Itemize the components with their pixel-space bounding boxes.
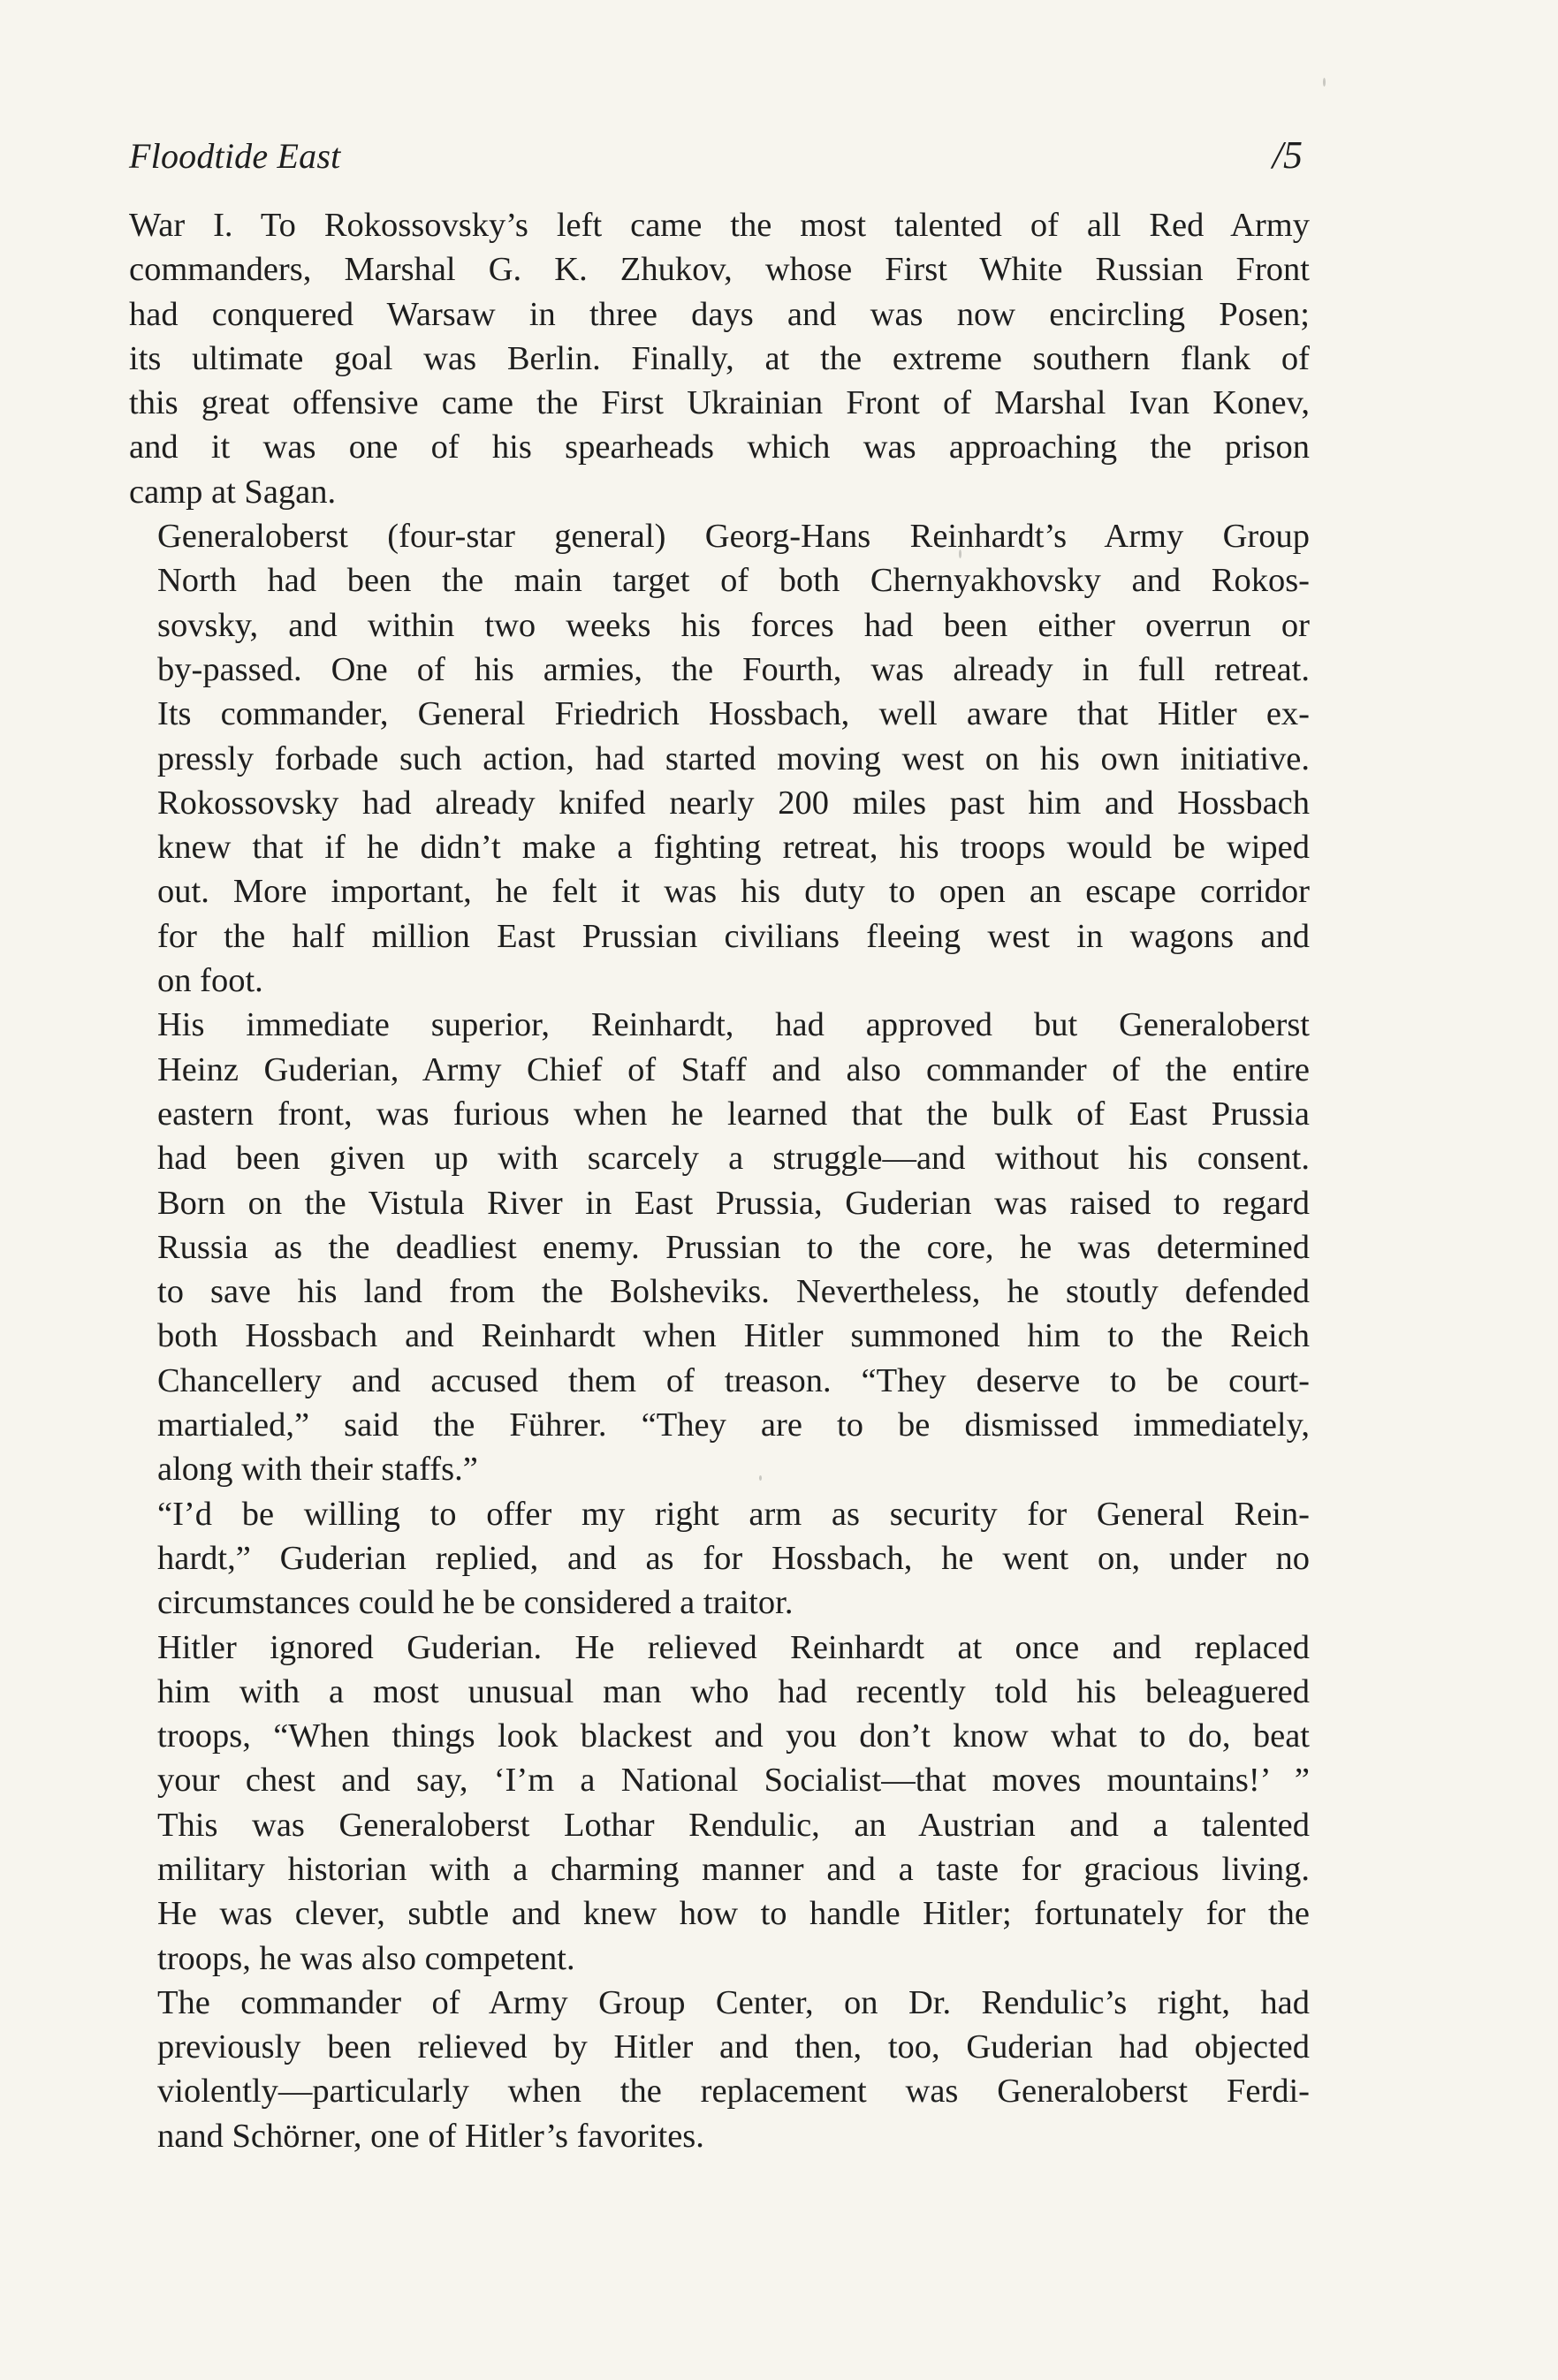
text-line: “I’d be willing to offer my right arm as…: [129, 1492, 1310, 1536]
text-line: This was Generaloberst Lothar Rendulic, …: [129, 1803, 1310, 1847]
scan-speck: [1323, 78, 1326, 87]
text-line: nand Schörner, one of Hitler’s favorites…: [129, 2114, 1310, 2158]
text-line: troops, he was also competent.: [129, 1937, 1310, 1981]
text-line: hardt,” Guderian replied, and as for Hos…: [129, 1536, 1310, 1580]
body-text: War I. To Rokossovsky’s left came the mo…: [129, 203, 1310, 2158]
text-line: him with a most unusual man who had rece…: [129, 1670, 1310, 1714]
text-line: He was clever, subtle and knew how to ha…: [129, 1891, 1310, 1936]
text-line: Its commander, General Friedrich Hossbac…: [129, 692, 1310, 736]
scan-speck: [759, 1475, 762, 1481]
text-line: along with their staffs.”: [129, 1447, 1310, 1491]
text-line: War I. To Rokossovsky’s left came the mo…: [129, 203, 1310, 247]
running-head: Floodtide East /5: [129, 133, 1310, 186]
page-number: /5: [1273, 133, 1303, 178]
book-page: Floodtide East /5 War I. To Rokossovsky’…: [129, 133, 1310, 2158]
paragraph: The commander of Army Group Center, on D…: [129, 1981, 1310, 2158]
scan-speck: [959, 550, 961, 558]
text-line: for the half million East Prussian civil…: [129, 914, 1310, 959]
text-line: Generaloberst (four-star general) Georg-…: [129, 514, 1310, 558]
paragraph: War I. To Rokossovsky’s left came the mo…: [129, 203, 1310, 514]
text-line: Heinz Guderian, Army Chief of Staff and …: [129, 1048, 1310, 1092]
text-line: had been given up with scarcely a strugg…: [129, 1136, 1310, 1180]
paragraph: Generaloberst (four-star general) Georg-…: [129, 514, 1310, 1003]
text-line: knew that if he didn’t make a fighting r…: [129, 825, 1310, 869]
text-line: commanders, Marshal G. K. Zhukov, whose …: [129, 247, 1310, 292]
text-line: pressly forbade such action, had started…: [129, 737, 1310, 781]
text-line: circumstances could he be considered a t…: [129, 1580, 1310, 1625]
text-line: North had been the main target of both C…: [129, 558, 1310, 603]
text-line: military historian with a charming manne…: [129, 1847, 1310, 1891]
text-line: to save his land from the Bolsheviks. Ne…: [129, 1270, 1310, 1314]
text-line: by-passed. One of his armies, the Fourth…: [129, 648, 1310, 692]
text-line: martialed,” said the Führer. “They are t…: [129, 1403, 1310, 1447]
text-line: Born on the Vistula River in East Prussi…: [129, 1181, 1310, 1225]
text-line: Rokossovsky had already knifed nearly 20…: [129, 781, 1310, 825]
text-line: His immediate superior, Reinhardt, had a…: [129, 1003, 1310, 1047]
paragraph: Hitler ignored Guderian. He relieved Rei…: [129, 1626, 1310, 1981]
text-line: camp at Sagan.: [129, 470, 1310, 514]
text-line: and it was one of his spearheads which w…: [129, 425, 1310, 469]
text-line: its ultimate goal was Berlin. Finally, a…: [129, 337, 1310, 381]
text-line: on foot.: [129, 959, 1310, 1003]
text-line: this great offensive came the First Ukra…: [129, 381, 1310, 425]
text-line: eastern front, was furious when he learn…: [129, 1092, 1310, 1136]
text-line: Hitler ignored Guderian. He relieved Rei…: [129, 1626, 1310, 1670]
text-line: both Hossbach and Reinhardt when Hitler …: [129, 1314, 1310, 1358]
text-line: The commander of Army Group Center, on D…: [129, 1981, 1310, 2025]
text-line: your chest and say, ‘I’m a National Soci…: [129, 1758, 1310, 1802]
paragraph: “I’d be willing to offer my right arm as…: [129, 1492, 1310, 1626]
text-line: out. More important, he felt it was his …: [129, 869, 1310, 913]
text-line: had conquered Warsaw in three days and w…: [129, 292, 1310, 337]
text-line: Chancellery and accused them of treason.…: [129, 1359, 1310, 1403]
text-line: sovsky, and within two weeks his forces …: [129, 603, 1310, 648]
text-line: troops, “When things look blackest and y…: [129, 1714, 1310, 1758]
text-line: violently—particularly when the replacem…: [129, 2069, 1310, 2113]
paragraph: His immediate superior, Reinhardt, had a…: [129, 1003, 1310, 1491]
running-title: Floodtide East: [129, 135, 340, 177]
text-line: previously been relieved by Hitler and t…: [129, 2025, 1310, 2069]
text-line: Russia as the deadliest enemy. Prussian …: [129, 1225, 1310, 1270]
